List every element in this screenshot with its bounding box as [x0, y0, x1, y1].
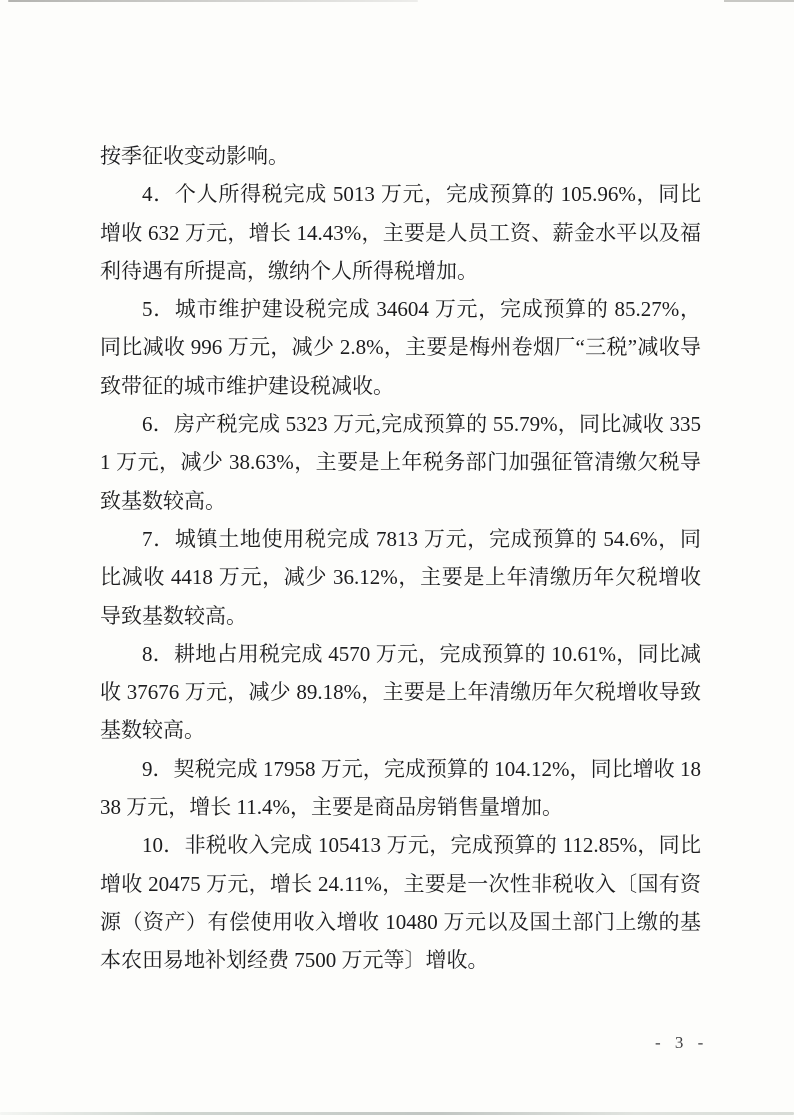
scan-artifact-top-edge — [8, 0, 418, 2]
scan-artifact-top-right-edge — [724, 0, 794, 2]
paragraph: 8．耕地占用税完成 4570 万元，完成预算的 10.61%，同比减收 3767… — [100, 635, 701, 750]
scan-artifact-bottom-edge — [0, 1112, 794, 1115]
paragraph-list: 按季征收变动影响。4．个人所得税完成 5013 万元，完成预算的 105.96%… — [100, 137, 701, 980]
paragraph: 6．房产税完成 5323 万元,完成预算的 55.79%，同比减收 3351 万… — [100, 405, 701, 520]
paragraph: 5．城市维护建设税完成 34604 万元，完成预算的 85.27%，同比减收 9… — [100, 290, 701, 405]
paragraph: 10．非税收入完成 105413 万元，完成预算的 112.85%，同比增收 2… — [100, 826, 701, 979]
paragraph: 9．契税完成 17958 万元，完成预算的 104.12%，同比增收 1838 … — [100, 750, 701, 827]
paragraph: 按季征收变动影响。 — [100, 137, 701, 175]
document-body: 按季征收变动影响。4．个人所得税完成 5013 万元，完成预算的 105.96%… — [100, 137, 701, 980]
paragraph: 4．个人所得税完成 5013 万元，完成预算的 105.96%，同比增收 632… — [100, 175, 701, 290]
page-number: - 3 - — [655, 1033, 708, 1053]
paragraph: 7．城镇土地使用税完成 7813 万元，完成预算的 54.6%，同比减收 441… — [100, 520, 701, 635]
